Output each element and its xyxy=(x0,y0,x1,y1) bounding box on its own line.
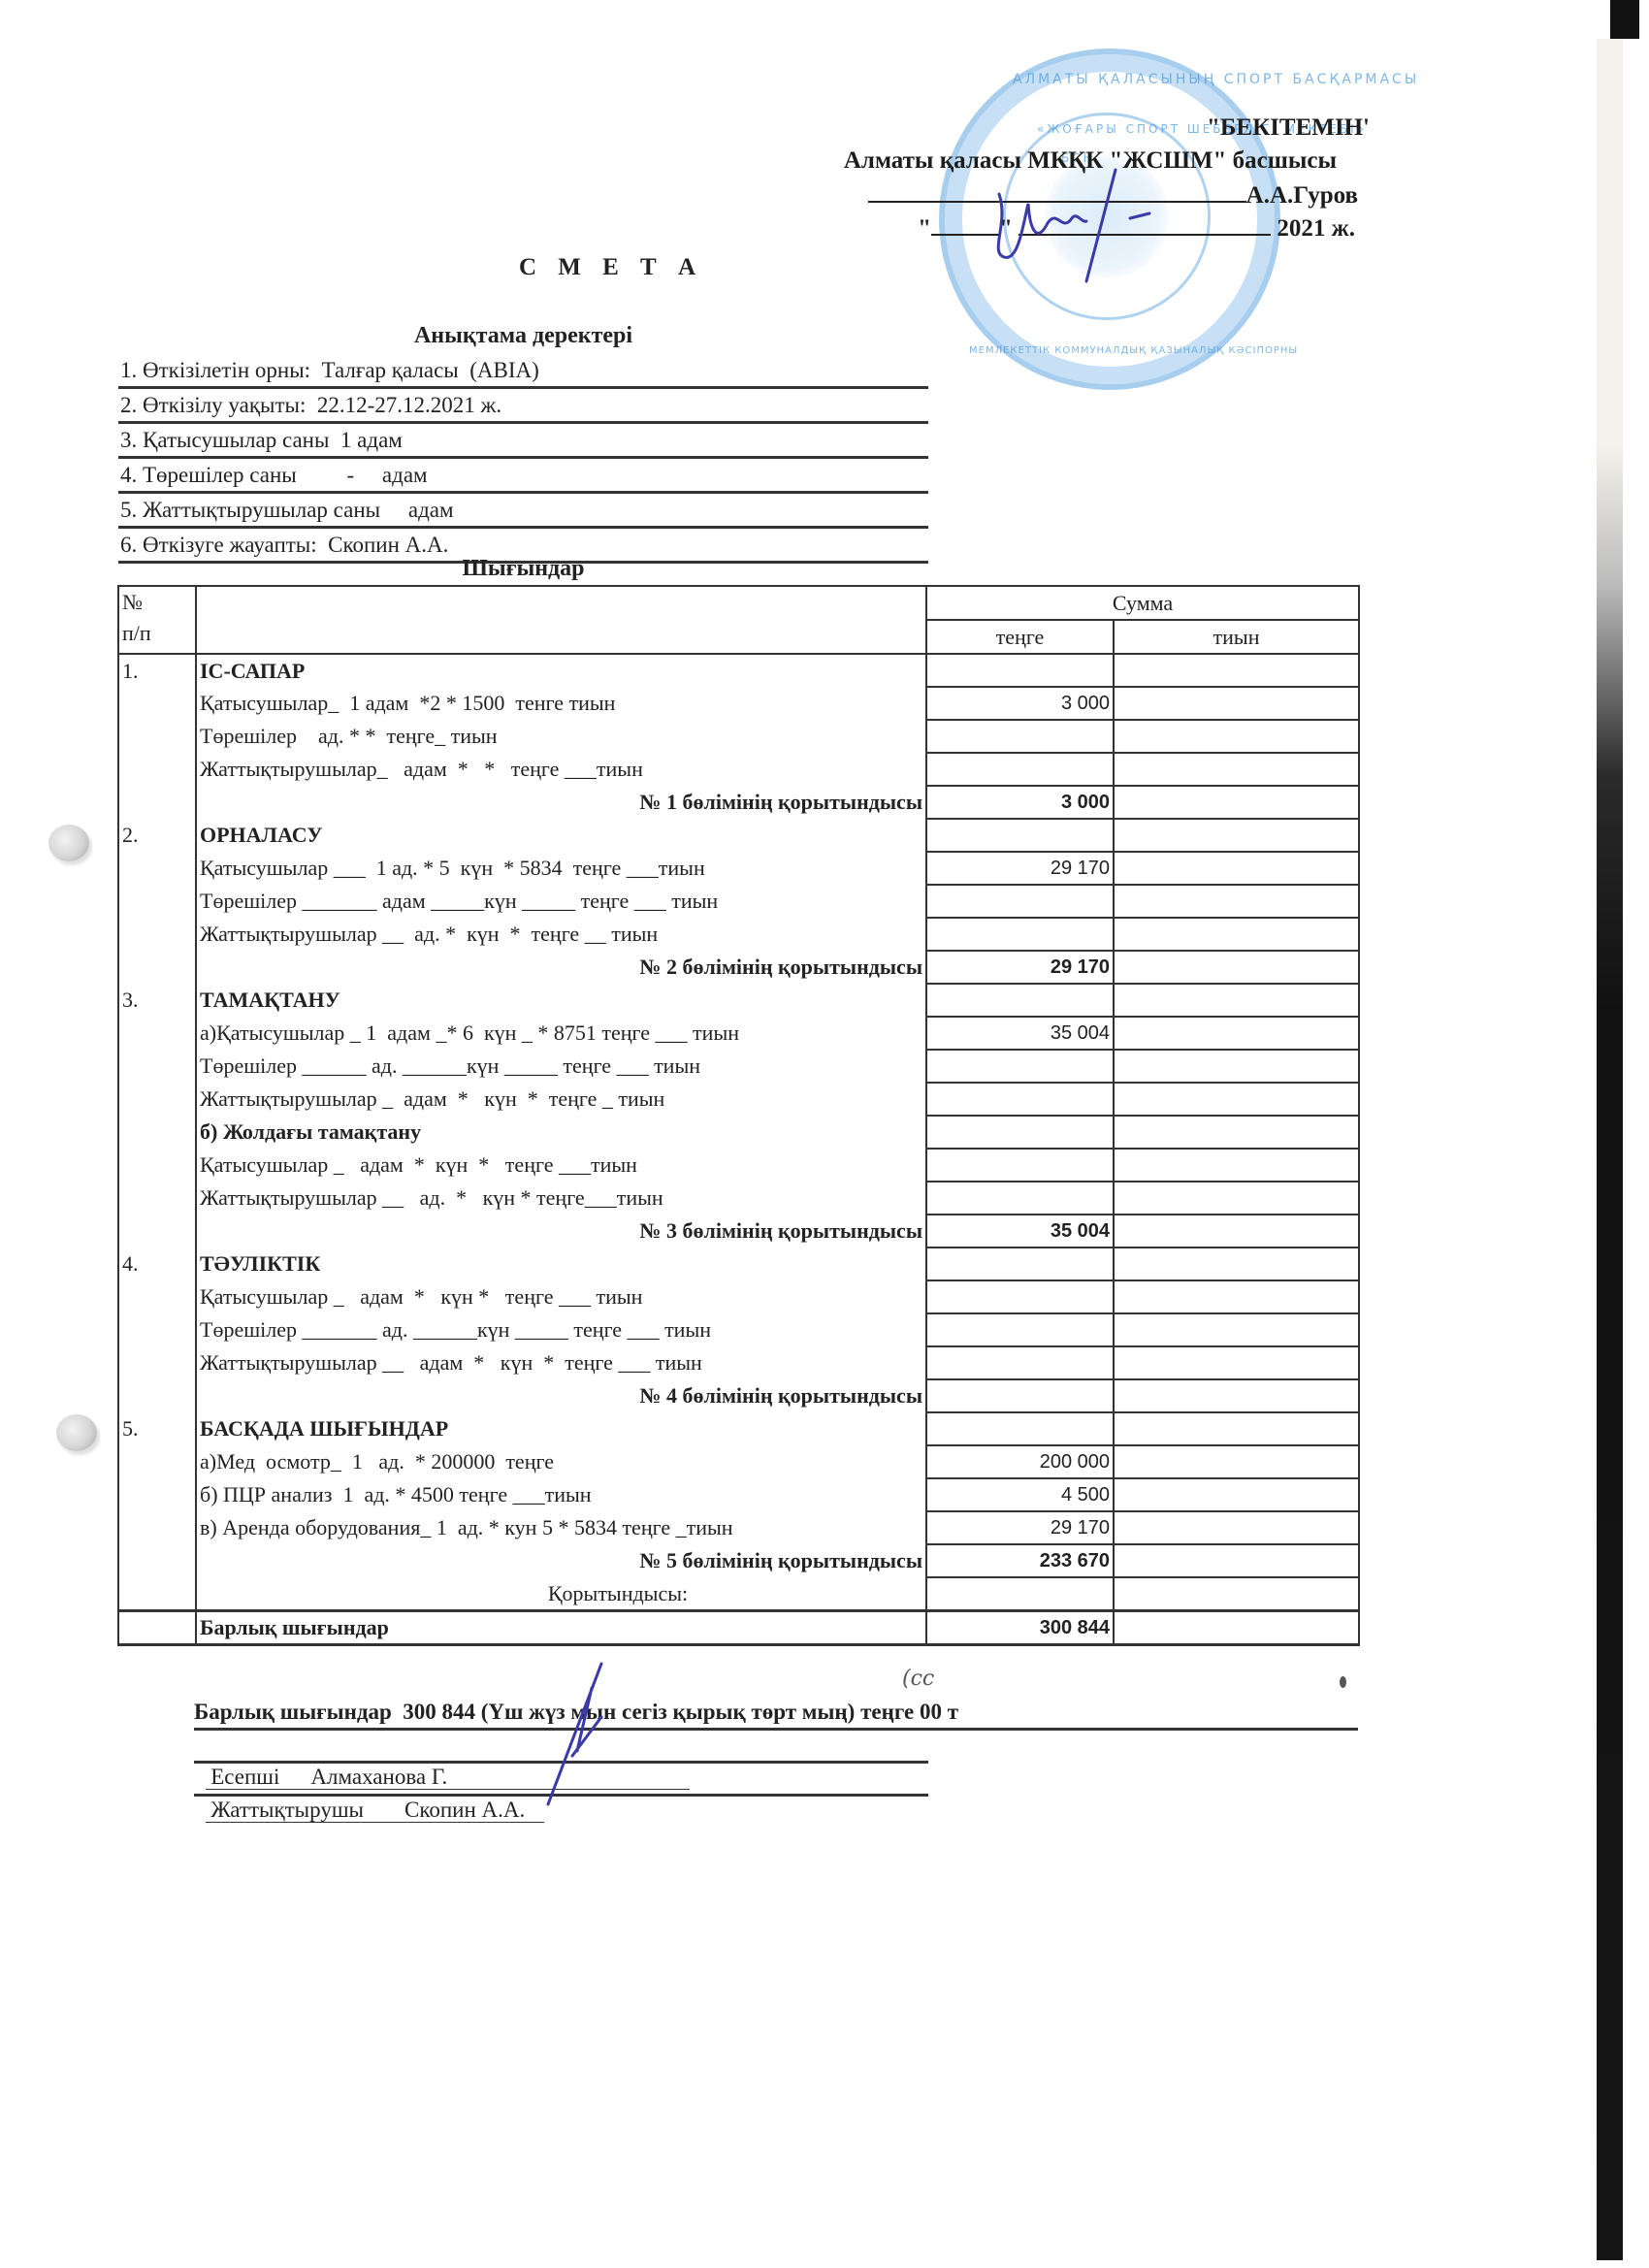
row-description: б) Жолдағы тамақтану xyxy=(196,1116,926,1149)
header-number: № п/п xyxy=(118,586,196,654)
tenge-cell xyxy=(926,1182,1114,1215)
header-tenge: теңге xyxy=(926,620,1114,654)
tiyn-cell xyxy=(1114,654,1359,687)
info-line-dates: 2. Өткізілу уақыты: 22.12-27.12.2021 ж. xyxy=(118,389,928,424)
tiyn-cell xyxy=(1114,720,1359,753)
section-title-row: 4.ТӘУЛІКТІК xyxy=(118,1247,1359,1280)
subtotal-label: № 5 бөлімінің қорытындысы xyxy=(196,1544,926,1577)
tiyn-cell xyxy=(1114,1412,1359,1445)
subtotal-row: № 4 бөлімінің қорытындысы xyxy=(118,1379,1359,1412)
info-line-participants: 3. Қатысушылар саны 1 адам xyxy=(118,424,928,459)
subtotal-label: № 3 бөлімінің қорытындысы xyxy=(196,1215,926,1247)
info-line-judges: 4. Төрешілер саны - адам xyxy=(118,459,928,494)
table-row: Төрешілер ад. * * теңге_ тиын xyxy=(118,720,1359,753)
section-title: ТӘУЛІКТІК xyxy=(196,1247,926,1280)
scan-edge-top xyxy=(1610,0,1639,39)
tenge-cell xyxy=(926,885,1114,918)
subtotal-tiyn xyxy=(1114,786,1359,819)
subtotal-label: № 4 бөлімінің қорытындысы xyxy=(196,1379,926,1412)
tenge-cell: 3 000 xyxy=(926,687,1114,720)
approval-title: "БЕКІТЕМІН' xyxy=(1207,114,1370,142)
row-description: Төрешілер ______ ад. ______күн _____ тең… xyxy=(196,1050,926,1083)
grand-total-tiyn xyxy=(1114,1611,1359,1645)
info-line-venue: 1. Өткізілетін орны: Талғар қаласы (АВІА… xyxy=(118,354,928,389)
table-row: в) Аренда оборудования_ 1 ад. * кун 5 * … xyxy=(118,1511,1359,1544)
estimate-table: № п/п Сумма теңге тиын 1.ІС-САПАРҚатысуш… xyxy=(117,585,1360,1646)
tiyn-cell xyxy=(1114,1149,1359,1182)
row-number xyxy=(118,1149,196,1182)
row-number xyxy=(118,720,196,753)
section-number: 4. xyxy=(118,1247,196,1280)
scan-edge-bar xyxy=(1597,39,1623,2260)
section-title: ТАМАҚТАНУ xyxy=(196,984,926,1017)
section-title-row: 3.ТАМАҚТАНУ xyxy=(118,984,1359,1017)
punch-hole-upper xyxy=(48,825,89,861)
subtotal-tiyn xyxy=(1114,1215,1359,1247)
subtotal-tenge: 35 004 xyxy=(926,1215,1114,1247)
table-row: Жаттықтырушылар __ ад. * күн * теңге __ … xyxy=(118,918,1359,951)
section-title-row: 1.ІС-САПАР xyxy=(118,654,1359,687)
tenge-cell xyxy=(926,1247,1114,1280)
stamp-bottom-text: МЕМЛЕКЕТТІК КОММУНАЛДЫҚ ҚАЗЫНАЛЫҚ КӘСІПО… xyxy=(969,345,1298,356)
tiyn-cell xyxy=(1114,753,1359,786)
row-description: б) ПЦР анализ 1 ад. * 4500 теңге ___тиын xyxy=(196,1478,926,1511)
subtotal-tiyn xyxy=(1114,1544,1359,1577)
row-number xyxy=(118,1313,196,1346)
row-number xyxy=(118,1215,196,1247)
header-sum: Сумма xyxy=(926,586,1359,620)
subtotal-tiyn xyxy=(1114,1379,1359,1412)
document-title: С М Е Т А xyxy=(0,254,1222,281)
row-number xyxy=(118,885,196,918)
row-number xyxy=(118,852,196,885)
tiyn-cell xyxy=(1114,1116,1359,1149)
coach-label: Жаттықтырушы xyxy=(206,1798,367,1823)
tenge-cell: 29 170 xyxy=(926,852,1114,885)
tenge-cell: 35 004 xyxy=(926,1017,1114,1050)
table-row: Қатысушылар _ адам * күн * теңге ___ тиы… xyxy=(118,1280,1359,1313)
row-description: Төрешілер ад. * * теңге_ тиын xyxy=(196,720,926,753)
date-open-quote: " xyxy=(918,215,931,242)
subtotal-tenge: 29 170 xyxy=(926,951,1114,984)
section-number: 5. xyxy=(118,1412,196,1445)
tiyn-cell xyxy=(1114,1280,1359,1313)
grand-total-tenge: 300 844 xyxy=(926,1611,1114,1645)
row-description: Қатысушылар ___ 1 ад. * 5 күн * 5834 тең… xyxy=(196,852,926,885)
totals-tenge xyxy=(926,1577,1114,1611)
section-title: БАСҚАДА ШЫҒЫНДАР xyxy=(196,1412,926,1445)
header-description xyxy=(196,586,926,654)
row-description: Жаттықтырушылар _ адам * күн * теңге _ т… xyxy=(196,1083,926,1116)
totals-row: Қорытындысы: xyxy=(118,1577,1359,1611)
tiyn-cell xyxy=(1114,1050,1359,1083)
tiyn-cell xyxy=(1114,1313,1359,1346)
tiyn-cell xyxy=(1114,1182,1359,1215)
tiyn-cell xyxy=(1114,918,1359,951)
tiyn-cell xyxy=(1114,1478,1359,1511)
subtotal-tenge: 3 000 xyxy=(926,786,1114,819)
section-title: ІС-САПАР xyxy=(196,654,926,687)
row-number xyxy=(118,1050,196,1083)
table-row: Қатысушылар _ адам * күн * теңге ___тиын xyxy=(118,1149,1359,1182)
table-row: Жаттықтырушылар_ адам * * теңге ___тиын xyxy=(118,753,1359,786)
row-number xyxy=(118,1445,196,1478)
row-description: Төрешілер _______ адам _____күн _____ те… xyxy=(196,885,926,918)
tenge-cell: 200 000 xyxy=(926,1445,1114,1478)
coach-name: Скопин А.А. xyxy=(366,1798,544,1823)
tenge-cell xyxy=(926,720,1114,753)
subtotal-row: № 5 бөлімінің қорытындысы233 670 xyxy=(118,1544,1359,1577)
row-description: Жаттықтырушылар __ ад. * күн * теңге __ … xyxy=(196,918,926,951)
tiyn-cell xyxy=(1114,1247,1359,1280)
row-number xyxy=(118,753,196,786)
table-row: Жаттықтырушылар _ адам * күн * теңге _ т… xyxy=(118,1083,1359,1116)
section-title-row: 5.БАСҚАДА ШЫҒЫНДАР xyxy=(118,1412,1359,1445)
section-number: 1. xyxy=(118,654,196,687)
subtotal-row: № 3 бөлімінің қорытындысы35 004 xyxy=(118,1215,1359,1247)
row-number xyxy=(118,1083,196,1116)
grand-total-row: Барлық шығындар300 844 xyxy=(118,1611,1359,1645)
row-number xyxy=(118,1511,196,1544)
table-row: Қатысушылар_ 1 адам *2 * 1500 тенге тиын… xyxy=(118,687,1359,720)
total-in-words: Барлық шығындар 300 844 (Үш жүз мын сегі… xyxy=(194,1696,1358,1731)
header-number-abbrev: п/п xyxy=(122,618,192,649)
tenge-cell: 29 170 xyxy=(926,1511,1114,1544)
ink-dot xyxy=(1340,1676,1346,1688)
stamp-outer-text: АЛМАТЫ ҚАЛАСЫНЫҢ СПОРТ БАСҚАРМАСЫ xyxy=(1013,72,1419,87)
header-number-symbol: № xyxy=(122,587,192,618)
tiyn-cell xyxy=(1114,1445,1359,1478)
tiyn-cell xyxy=(1114,687,1359,720)
table-row: Жаттықтырушылар __ ад. * күн * теңге___т… xyxy=(118,1182,1359,1215)
tenge-cell xyxy=(926,753,1114,786)
table-row: Төрешілер ______ ад. ______күн _____ тең… xyxy=(118,1050,1359,1083)
row-number xyxy=(118,1379,196,1412)
row-number xyxy=(118,687,196,720)
subtotal-tiyn xyxy=(1114,951,1359,984)
tiyn-cell xyxy=(1114,885,1359,918)
section-number: 3. xyxy=(118,984,196,1017)
tenge-cell xyxy=(926,1280,1114,1313)
tiyn-cell xyxy=(1114,1017,1359,1050)
tiyn-cell xyxy=(1114,852,1359,885)
table-row: а)Мед осмотр_ 1 ад. * 200000 теңге200 00… xyxy=(118,1445,1359,1478)
row-number xyxy=(118,786,196,819)
accountant-signature xyxy=(533,1659,630,1814)
totals-tiyn xyxy=(1114,1577,1359,1611)
tenge-cell xyxy=(926,1116,1114,1149)
totals-label: Қорытындысы: xyxy=(196,1577,926,1611)
row-description: а)Мед осмотр_ 1 ад. * 200000 теңге xyxy=(196,1445,926,1478)
subtotal-row: № 1 бөлімінің қорытындысы3 000 xyxy=(118,786,1359,819)
row-description: Жаттықтырушылар_ адам * * теңге ___тиын xyxy=(196,753,926,786)
info-title: Анықтама деректері xyxy=(118,323,928,349)
table-row: а)Қатысушылар _ 1 адам _* 6 күн _ * 8751… xyxy=(118,1017,1359,1050)
row-description: Жаттықтырушылар __ ад. * күн * теңге___т… xyxy=(196,1182,926,1215)
row-description: а)Қатысушылар _ 1 адам _* 6 күн _ * 8751… xyxy=(196,1017,926,1050)
row-description: Қатысушылар _ адам * күн * теңге ___тиын xyxy=(196,1149,926,1182)
tenge-cell xyxy=(926,654,1114,687)
row-number xyxy=(118,951,196,984)
table-row: б) Жолдағы тамақтану xyxy=(118,1116,1359,1149)
row-number xyxy=(118,1280,196,1313)
subtotal-row: № 2 бөлімінің қорытындысы29 170 xyxy=(118,951,1359,984)
tenge-cell xyxy=(926,819,1114,852)
section-title-row: 2.ОРНАЛАСУ xyxy=(118,819,1359,852)
tenge-cell: 4 500 xyxy=(926,1478,1114,1511)
row-number xyxy=(118,1182,196,1215)
row-number xyxy=(118,1478,196,1511)
table-header-row-1: № п/п Сумма xyxy=(118,586,1359,620)
table-row: Төрешілер _______ ад. ______күн _____ те… xyxy=(118,1313,1359,1346)
row-description: в) Аренда оборудования_ 1 ад. * кун 5 * … xyxy=(196,1511,926,1544)
row-number xyxy=(118,918,196,951)
row-number xyxy=(118,1577,196,1611)
section-title: ОРНАЛАСУ xyxy=(196,819,926,852)
approval-date-year: 2021 ж. xyxy=(1277,215,1355,242)
subtotal-label: № 1 бөлімінің қорытындысы xyxy=(196,786,926,819)
row-number xyxy=(118,1346,196,1379)
approval-signatory: А.А.Гуров xyxy=(1246,182,1358,209)
tiyn-cell xyxy=(1114,1511,1359,1544)
row-number xyxy=(118,1017,196,1050)
tiyn-cell xyxy=(1114,1346,1359,1379)
subtotal-tenge: 233 670 xyxy=(926,1544,1114,1577)
row-number xyxy=(118,1116,196,1149)
tenge-cell xyxy=(926,1083,1114,1116)
subtotal-label: № 2 бөлімінің қорытындысы xyxy=(196,951,926,984)
tenge-cell xyxy=(926,1412,1114,1445)
header-tiyn: тиын xyxy=(1114,620,1359,654)
table-row: б) ПЦР анализ 1 ад. * 4500 теңге ___тиын… xyxy=(118,1478,1359,1511)
tenge-cell xyxy=(926,918,1114,951)
row-description: Қатысушылар _ адам * күн * теңге ___ тиы… xyxy=(196,1280,926,1313)
tiyn-cell xyxy=(1114,1083,1359,1116)
tenge-cell xyxy=(926,1313,1114,1346)
tenge-cell xyxy=(926,984,1114,1017)
table-row: Төрешілер _______ адам _____күн _____ те… xyxy=(118,885,1359,918)
handwritten-note: (сс xyxy=(902,1667,934,1691)
row-description: Қатысушылар_ 1 адам *2 * 1500 тенге тиын xyxy=(196,687,926,720)
info-list: 1. Өткізілетін орны: Талғар қаласы (АВІА… xyxy=(118,354,928,564)
grand-total-label: Барлық шығындар xyxy=(196,1611,926,1645)
table-row: Жаттықтырушылар __ адам * күн * теңге __… xyxy=(118,1346,1359,1379)
row-description: Жаттықтырушылар __ адам * күн * теңге __… xyxy=(196,1346,926,1379)
tenge-cell xyxy=(926,1050,1114,1083)
tenge-cell xyxy=(926,1149,1114,1182)
punch-hole-lower xyxy=(56,1414,97,1451)
tiyn-cell xyxy=(1114,819,1359,852)
subtotal-tenge xyxy=(926,1379,1114,1412)
row-description: Төрешілер _______ ад. ______күн _____ те… xyxy=(196,1313,926,1346)
tiyn-cell xyxy=(1114,984,1359,1017)
row-number xyxy=(118,1544,196,1577)
section-number: 2. xyxy=(118,819,196,852)
expenses-title: Шығындар xyxy=(118,556,928,582)
info-line-coaches: 5. Жаттықтырушылар саны адам xyxy=(118,494,928,529)
tenge-cell xyxy=(926,1346,1114,1379)
row-number xyxy=(118,1611,196,1645)
table-row: Қатысушылар ___ 1 ад. * 5 күн * 5834 тең… xyxy=(118,852,1359,885)
